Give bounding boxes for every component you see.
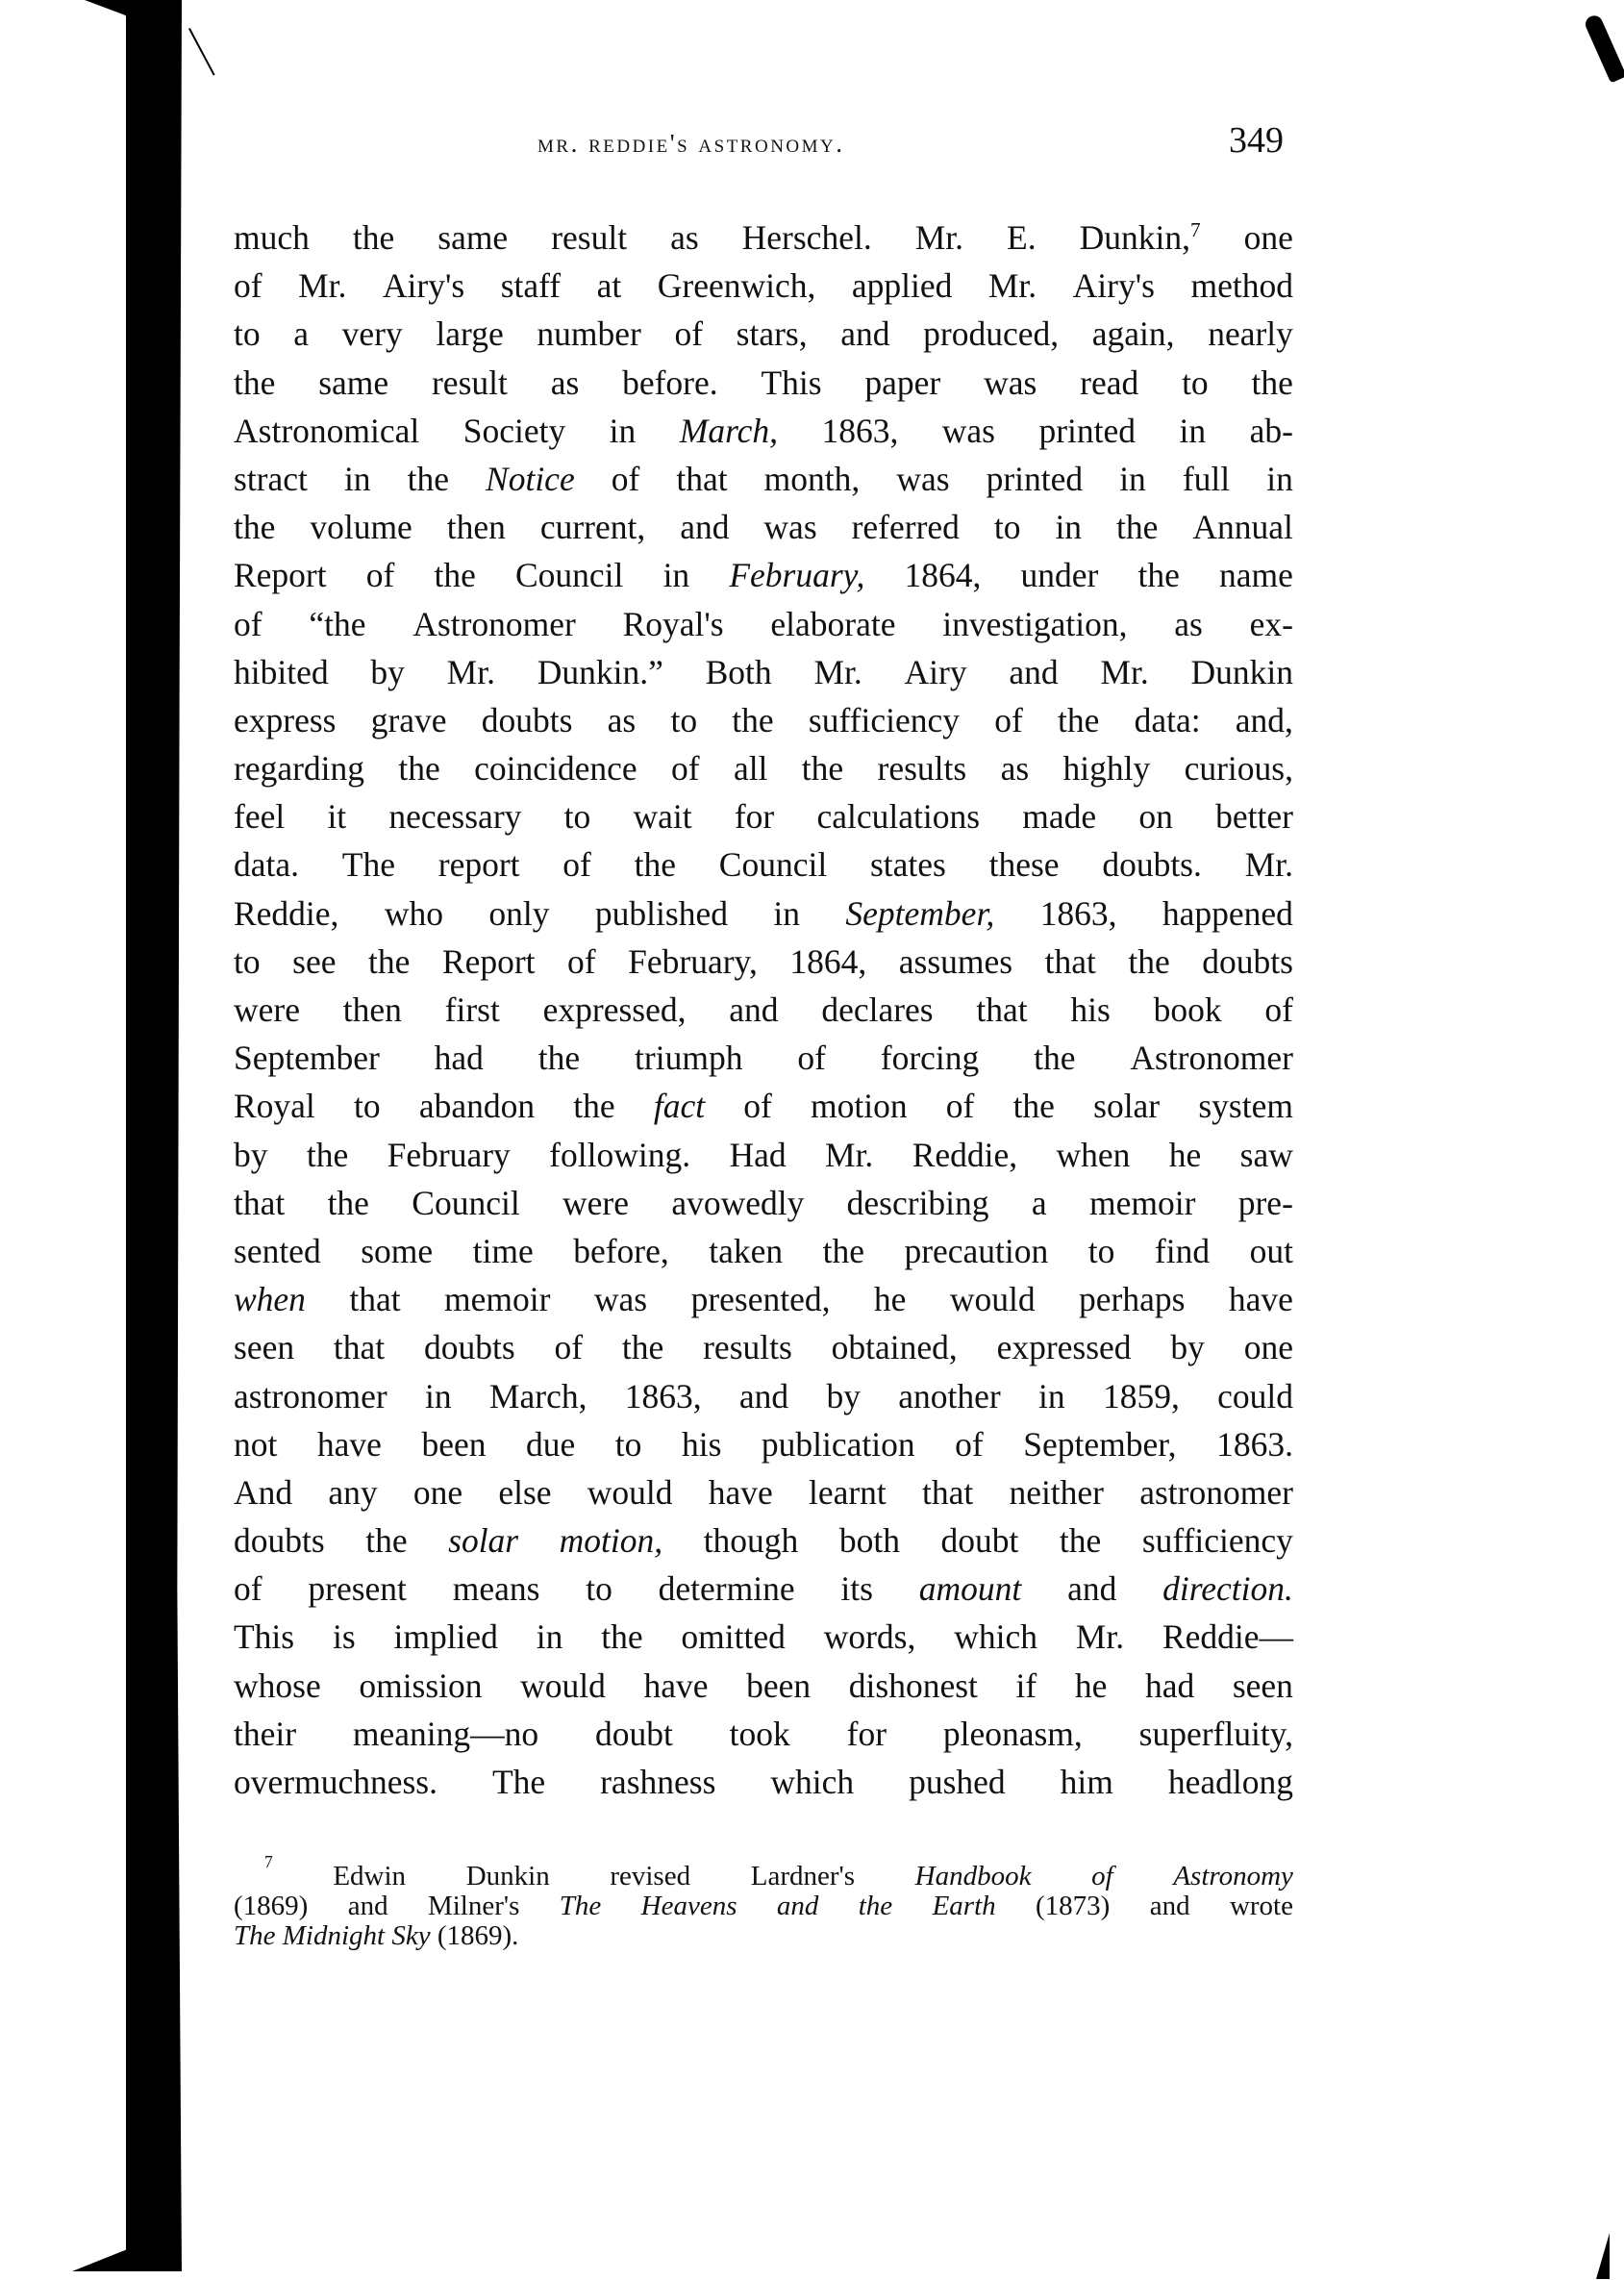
text-segment: in [610, 412, 637, 450]
text-segment: method [1190, 266, 1292, 305]
text-segment: current, [540, 508, 645, 546]
text-segment: produced, [923, 314, 1059, 353]
word: first [445, 986, 500, 1034]
page-number: 349 [1229, 119, 1293, 162]
word: of [612, 455, 640, 503]
text-segment: one [1244, 1328, 1293, 1366]
word: Dunkin [1190, 648, 1293, 696]
word: if [1016, 1662, 1037, 1710]
text-segment: his [1070, 990, 1110, 1029]
text-segment: that [922, 1473, 973, 1512]
text-segment: Mr. [813, 653, 862, 691]
text-segment: is [333, 1617, 356, 1656]
word: some [361, 1227, 433, 1275]
text-segment: avowedly [671, 1184, 804, 1222]
text-segment: solar [1093, 1087, 1160, 1125]
word: method [1190, 262, 1292, 310]
body-text: muchthesameresultasHerschel.Mr.E.Dunkin,… [234, 213, 1293, 1806]
text-segment: happened [1162, 894, 1293, 933]
text-segment: staff [501, 266, 561, 305]
text-segment: Report [442, 942, 536, 981]
word: implied [393, 1613, 497, 1661]
word: curious, [1185, 744, 1293, 792]
text-segment: its [840, 1569, 873, 1608]
word: Annual [1192, 503, 1293, 551]
word: March, [680, 407, 778, 455]
text-segment: seen [234, 1328, 294, 1366]
word: Herschel. [742, 213, 872, 262]
word: determine [659, 1565, 795, 1613]
word: pre- [1238, 1179, 1293, 1227]
text-segment: when [1057, 1136, 1131, 1174]
text-line: whenthatmemoirwaspresented,hewouldperhap… [234, 1275, 1293, 1323]
word: Society [463, 407, 565, 455]
word: Reddie, [234, 889, 338, 938]
word: September, [1023, 1420, 1176, 1468]
text-line: thattheCouncilwereavowedlydescribingamem… [234, 1179, 1293, 1227]
text-segment: coincidence [474, 749, 637, 788]
word: results [878, 744, 967, 792]
text-segment: perhaps [1079, 1280, 1185, 1318]
footnote-reference: 7 [1190, 218, 1201, 241]
word: And [234, 1468, 292, 1516]
word: rashness [600, 1758, 715, 1806]
text-segment: was [984, 363, 1037, 402]
word: 1863. [1216, 1420, 1293, 1468]
word: and [1067, 1565, 1116, 1613]
word: wait [633, 792, 691, 840]
text-segment: in [537, 1617, 563, 1656]
word: sented [234, 1227, 321, 1275]
word: any [328, 1468, 377, 1516]
text-segment: result [432, 363, 508, 402]
word: been [421, 1420, 486, 1468]
text-line: hibitedbyMr.Dunkin.”BothMr.AiryandMr.Dun… [234, 648, 1293, 696]
word: in [610, 407, 637, 455]
text-segment: sufficiency [809, 701, 960, 739]
text-segment: to [994, 508, 1021, 546]
word: again, [1092, 310, 1175, 358]
text-segment: expressed, [543, 990, 687, 1029]
word: February [387, 1131, 511, 1179]
word: he [1169, 1131, 1202, 1179]
text-segment: neither [1009, 1473, 1104, 1512]
text-segment: to [234, 314, 261, 353]
text-segment: Both [706, 653, 772, 691]
word: whose [234, 1662, 321, 1710]
word: Mr. [825, 1131, 873, 1179]
text-segment: all [734, 749, 767, 788]
word: the [823, 1227, 864, 1275]
word: superfluity, [1139, 1710, 1293, 1758]
word: to [354, 1082, 381, 1130]
text-segment: the [823, 1232, 864, 1270]
word: and [729, 986, 778, 1034]
word: 1863, [1040, 889, 1117, 938]
text-segment: the [1058, 701, 1099, 739]
text-segment: the [1252, 363, 1293, 402]
word: the [398, 744, 439, 792]
word: were [562, 1179, 629, 1227]
word: that [922, 1468, 973, 1516]
text-segment: for [735, 797, 774, 836]
word: memoir [1089, 1179, 1195, 1227]
word: fact [654, 1082, 705, 1130]
text-segment: Council [515, 556, 623, 594]
text-segment: that [349, 1280, 400, 1318]
word: same [437, 213, 508, 262]
word: the [1034, 1034, 1075, 1082]
text-segment: presented, [691, 1280, 831, 1318]
text-segment: And [234, 1473, 292, 1512]
word: meaning—no [353, 1710, 538, 1758]
word: that [334, 1323, 385, 1371]
text-segment: the [328, 1184, 369, 1222]
text-segment: before, [573, 1232, 669, 1270]
word: made [1022, 792, 1096, 840]
text-segment: the [538, 1039, 580, 1077]
word: Council [412, 1179, 519, 1227]
word: not [234, 1420, 277, 1468]
text-segment: triumph [635, 1039, 742, 1077]
text-segment: of [674, 314, 703, 353]
word: in [663, 551, 690, 599]
text-segment: any [328, 1473, 377, 1512]
word: precaution [904, 1227, 1048, 1275]
text-segment: Edwin [333, 1862, 406, 1892]
word: out [1250, 1227, 1293, 1275]
text-segment: Report [234, 556, 327, 594]
word: would [520, 1662, 606, 1710]
text-line: thesameresultasbefore.Thispaperwasreadto… [234, 359, 1293, 407]
word: its [840, 1565, 873, 1613]
text-line: ofpresentmeanstodetermineitsamountanddir… [234, 1565, 1293, 1613]
italic-text: amount [919, 1569, 1022, 1608]
text-segment: Mr. [825, 1136, 873, 1174]
word: have [317, 1420, 382, 1468]
text-segment: would [587, 1473, 673, 1512]
text-segment: and [1150, 1892, 1190, 1921]
italic-text: The Midnight Sky [234, 1920, 431, 1951]
word: the [365, 1516, 407, 1565]
text-segment: means [453, 1569, 540, 1608]
text-segment: another [898, 1377, 1000, 1416]
text-segment: before. [622, 363, 718, 402]
word: headlong [1168, 1758, 1293, 1806]
text-segment: September [234, 1039, 380, 1077]
text-segment: investigation, [942, 605, 1127, 643]
word: report [438, 840, 520, 889]
word: investigation, [942, 600, 1127, 648]
text-segment: sented [234, 1232, 321, 1270]
text-segment: printed [987, 460, 1084, 498]
word: memoir [444, 1275, 550, 1323]
word: Mr. [447, 648, 495, 696]
text-segment: to [586, 1569, 612, 1608]
word: the [353, 213, 394, 262]
text-line: of“theAstronomerRoyal'selaborateinvestig… [234, 600, 1293, 648]
text-segment: pre- [1238, 1184, 1293, 1222]
text-segment: This [234, 1617, 294, 1656]
text-segment: by [826, 1377, 861, 1416]
text-segment: implied [393, 1617, 497, 1656]
word: the [368, 938, 410, 986]
word: happened [1162, 889, 1293, 938]
word: which [954, 1613, 1037, 1661]
word: Airy [905, 648, 967, 696]
word: seen [1233, 1662, 1293, 1710]
text-segment: was [896, 460, 949, 498]
text-segment: as [1174, 605, 1203, 643]
word: as [608, 696, 637, 744]
word: overmuchness. [234, 1758, 437, 1806]
word: Mr. [298, 262, 346, 310]
text-line: expressgravedoubtsastothesufficiencyofth… [234, 696, 1293, 744]
text-segment: learnt [809, 1473, 887, 1512]
text-segment: Milner's [428, 1892, 519, 1921]
word: doubts. [1102, 840, 1202, 889]
text-segment: 1863, [1040, 894, 1117, 933]
text-segment: and [1009, 653, 1058, 691]
text-segment: as [608, 701, 637, 739]
text-segment: of [1264, 990, 1293, 1029]
word: the [1128, 938, 1169, 986]
text-segment: doubt [941, 1521, 1019, 1560]
word: highly [1063, 744, 1151, 792]
text-line: thevolumethencurrent,andwasreferredtoint… [234, 503, 1293, 551]
word: September [234, 1034, 380, 1082]
word: Airy's [1073, 262, 1155, 310]
text-segment: highly [1063, 749, 1151, 788]
word: words, [824, 1613, 916, 1661]
word: of [797, 1034, 826, 1082]
word: Mr. [988, 262, 1037, 310]
text-segment: Astronomical [234, 412, 419, 450]
word: saw [1240, 1131, 1293, 1179]
text-segment: “the [309, 605, 365, 643]
text-segment: name [1219, 556, 1293, 594]
word: motion [811, 1082, 908, 1130]
word: amount [919, 1565, 1022, 1613]
word: The [342, 840, 395, 889]
word: Astronomical [234, 407, 419, 455]
word: that [1045, 938, 1096, 986]
word: find [1155, 1227, 1210, 1275]
word: the [434, 551, 475, 599]
text-segment: the [1034, 1039, 1075, 1077]
text-segment: Had [729, 1136, 786, 1174]
word: Dunkin.” [537, 648, 663, 696]
text-segment: overmuchness. [234, 1763, 437, 1801]
text-segment: to [354, 1087, 381, 1125]
text-segment: was [763, 508, 816, 546]
word: nearly [1208, 310, 1293, 358]
text-segment: made [1022, 797, 1096, 836]
word: result [432, 359, 508, 407]
text-line: feelitnecessarytowaitforcalculationsmade… [234, 792, 1293, 840]
text-segment: meaning—no [353, 1715, 538, 1753]
word: astronomer [234, 1372, 387, 1420]
italic-text: Astronomy [1173, 1862, 1293, 1892]
italic-text: motion, [560, 1521, 663, 1560]
word: their [234, 1710, 296, 1758]
word: then [343, 986, 402, 1034]
text-segment: by [1170, 1328, 1205, 1366]
text-line: SeptemberhadthetriumphofforcingtheAstron… [234, 1034, 1293, 1082]
word: at [597, 262, 622, 310]
word: and [840, 310, 889, 358]
word: of [674, 310, 703, 358]
italic-text: and [777, 1892, 819, 1921]
text-segment: and [348, 1892, 388, 1921]
text-segment: by [234, 1136, 268, 1174]
text-segment: Herschel. [742, 218, 872, 257]
text-segment: only [488, 894, 549, 933]
text-segment: data. [234, 845, 299, 884]
word: Royal's [623, 600, 724, 648]
text-segment: first [445, 990, 500, 1029]
text-segment: a [293, 314, 309, 353]
word: doubts [234, 1516, 325, 1565]
text-segment: of [555, 1328, 584, 1366]
text-line: stractintheNoticeofthatmonth,wasprintedi… [234, 455, 1293, 503]
text-segment: one [413, 1473, 462, 1512]
word: hibited [234, 648, 329, 696]
text-line: Royaltoabandonthefactofmotionofthesolars… [234, 1082, 1293, 1130]
word: 1859, [1103, 1372, 1180, 1420]
text-segment: result [551, 218, 627, 257]
text-segment: Council [719, 845, 827, 884]
text-segment: both [839, 1521, 900, 1560]
word: stract [234, 455, 308, 503]
text-segment: 1859, [1103, 1377, 1180, 1416]
word: the [408, 455, 449, 503]
word: following. [549, 1131, 690, 1179]
text-segment: (1869) [234, 1892, 308, 1921]
word: under [1020, 551, 1098, 599]
text-segment: nearly [1208, 314, 1293, 353]
word: express [234, 696, 336, 744]
text-segment: took [730, 1715, 790, 1753]
word: in [1119, 455, 1146, 503]
text-segment: of [562, 845, 591, 884]
word: else [498, 1468, 551, 1516]
word: number [537, 310, 640, 358]
text-segment: precaution [904, 1232, 1048, 1270]
word: expressed, [543, 986, 687, 1034]
word: the [307, 1131, 348, 1179]
text-segment: doubts [482, 701, 573, 739]
text-segment: Dunkin.” [537, 653, 663, 691]
word: would [950, 1275, 1036, 1323]
word: in [1055, 503, 1082, 551]
word: better [1215, 792, 1293, 840]
word: seen [234, 1323, 294, 1371]
word: on [1138, 792, 1173, 840]
text-segment: (1873) [1036, 1892, 1110, 1921]
word: the [1137, 551, 1179, 599]
text-segment: results [703, 1328, 792, 1366]
text-segment: assumes [899, 942, 1012, 981]
word: doubt [595, 1710, 673, 1758]
word: of [955, 1420, 984, 1468]
text-segment: forcing [881, 1039, 980, 1077]
text-segment: Airy [905, 653, 967, 691]
word: Mr. [1100, 648, 1148, 696]
text-segment: that [676, 460, 727, 498]
text-segment: of [994, 701, 1023, 739]
word: Notice [486, 455, 575, 503]
text-segment: publication [762, 1425, 915, 1464]
text-segment: Astronomer [1130, 1039, 1293, 1077]
italic-text: Heavens [641, 1892, 737, 1921]
word: had [435, 1034, 484, 1082]
word: in [425, 1372, 452, 1420]
word: in [773, 889, 800, 938]
word: was [763, 503, 816, 551]
text-line: toaverylargenumberofstars,andproduced,ag… [234, 310, 1293, 358]
scan-edge-mark-bottom-right [1596, 2233, 1610, 2279]
text-segment: Reddie, [234, 894, 338, 933]
word: and [680, 503, 729, 551]
word: read [1080, 359, 1138, 407]
text-segment: the [635, 845, 676, 884]
word: 1863, [821, 407, 898, 455]
word: doubts [424, 1323, 515, 1371]
word: of [234, 262, 262, 310]
word: The [492, 1758, 545, 1806]
word: ab- [1250, 407, 1293, 455]
word: was [984, 359, 1037, 407]
text-segment: sufficiency [1142, 1521, 1293, 1560]
word: This [234, 1613, 294, 1661]
word: could [1217, 1372, 1293, 1420]
text-segment: Reddie— [1162, 1617, 1293, 1656]
word: all [734, 744, 767, 792]
text-segment: been [746, 1666, 811, 1705]
word: staff [501, 262, 561, 310]
word: only [488, 889, 549, 938]
italic-text: when [234, 1280, 306, 1318]
text-segment: of [955, 1425, 984, 1464]
word: pleonasm, [943, 1710, 1083, 1758]
word: 1864, [789, 938, 866, 986]
word: was [896, 455, 949, 503]
text-segment: Lardner's [751, 1862, 855, 1892]
text-segment: same [437, 218, 508, 257]
text-segment: following. [549, 1136, 690, 1174]
text-segment: March, [489, 1377, 587, 1416]
word: omitted [681, 1613, 785, 1661]
text-segment: the [1137, 556, 1179, 594]
word: 1864, [904, 551, 981, 599]
word: the [622, 1323, 663, 1371]
word: and [739, 1372, 788, 1420]
text-segment: stract [234, 460, 308, 498]
word: the [1116, 503, 1158, 551]
word: in [1266, 455, 1293, 503]
text-segment: states [870, 845, 946, 884]
text-segment: declares [821, 990, 933, 1029]
word: the [601, 1613, 642, 1661]
text-segment: who [385, 894, 443, 933]
text-segment: grave [371, 701, 447, 739]
text-segment: motion [811, 1087, 908, 1125]
text-segment: February, [628, 942, 758, 981]
text-segment: have [644, 1666, 709, 1705]
text-segment: the [732, 701, 773, 739]
text-segment: expressed [997, 1328, 1132, 1366]
